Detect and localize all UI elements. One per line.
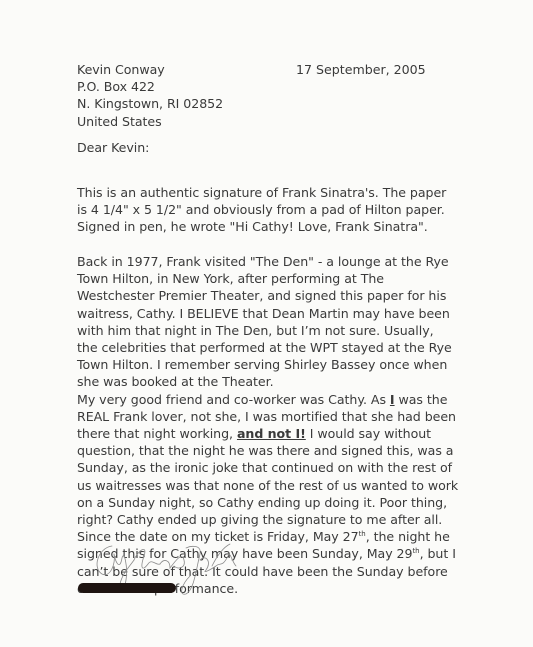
paragraph-line: Signed in pen, he wrote "Hi Cathy! Love,…: [77, 218, 446, 235]
paragraph-line: Sunday, as the ironic joke that continue…: [77, 459, 458, 476]
paragraph-line: Town Hilton. I remember serving Shirley …: [77, 356, 458, 373]
paragraph-line: REAL Frank lover, not she, I was mortifi…: [77, 408, 458, 425]
paragraph-1: This is an authentic signature of Frank …: [77, 184, 446, 236]
redacted-name-bar: [78, 583, 176, 593]
paragraph-line: with him that night in The Den, but I’m …: [77, 322, 458, 339]
paragraph-line: This is an authentic signature of Frank …: [77, 184, 446, 201]
salutation: Dear Kevin:: [77, 139, 149, 156]
address-line: N. Kingstown, RI 02852: [77, 95, 223, 112]
emphasis-and-not-i: and not I!: [237, 426, 306, 441]
paragraph-line: Town Hilton, in New York, after performi…: [77, 270, 458, 287]
sender-address: Kevin Conway P.O. Box 422 N. Kingstown, …: [77, 61, 223, 130]
letter-date: 17 September, 2005: [296, 61, 426, 78]
paragraph-line: My very good friend and co-worker was Ca…: [77, 391, 458, 408]
paragraph-line: Back in 1977, Frank visited "The Den" - …: [77, 253, 458, 270]
address-line: Kevin Conway: [77, 61, 223, 78]
paragraph-line: the celebrities that performed at the WP…: [77, 339, 458, 356]
paragraph-line: she was booked at the Theater.: [77, 373, 458, 390]
paragraph-line: Westchester Premier Theater, and signed …: [77, 287, 458, 304]
paragraph-line: right? Cathy ended up giving the signatu…: [77, 511, 458, 528]
address-line: United States: [77, 113, 223, 130]
paragraph-line: there that night working, and not I! I w…: [77, 425, 458, 442]
letter-page: Kevin Conway P.O. Box 422 N. Kingstown, …: [0, 0, 533, 647]
paragraph-line: us waitresses was that none of the rest …: [77, 477, 458, 494]
paragraph-line: on a Sunday night, so Cathy ending up do…: [77, 494, 458, 511]
address-line: P.O. Box 422: [77, 78, 223, 95]
paragraph-line: waitress, Cathy. I BELIEVE that Dean Mar…: [77, 305, 458, 322]
paragraph-line: is 4 1/4" x 5 1/2" and obviously from a …: [77, 201, 446, 218]
paragraph-line: question, that the night he was there an…: [77, 442, 458, 459]
